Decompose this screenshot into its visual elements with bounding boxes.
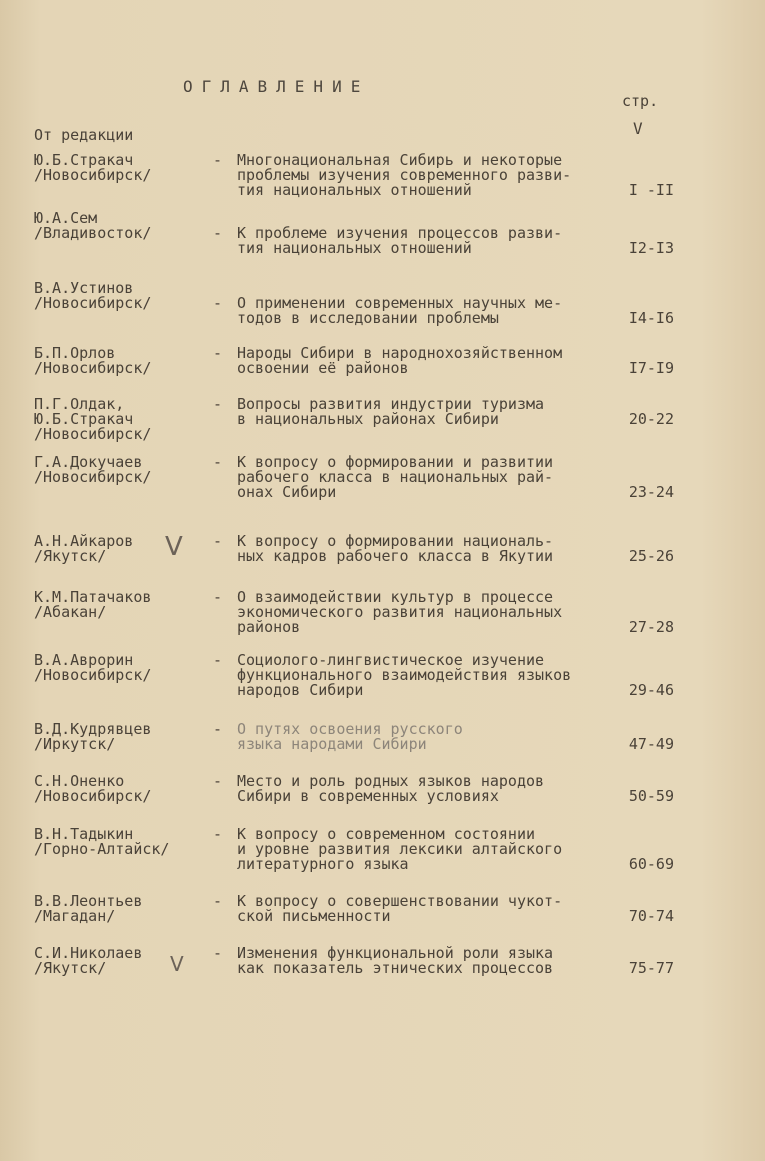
- entry-dash: -: [213, 774, 222, 789]
- entry-dash: -: [213, 296, 222, 311]
- entry-pages: I7-I9: [629, 361, 674, 376]
- handwritten-check-mark: V: [165, 532, 183, 562]
- editor-page-mark: V: [633, 119, 643, 138]
- entry-dash: -: [213, 653, 222, 668]
- editor-note-entry: От редакции: [34, 126, 133, 144]
- entry-pages: 50-59: [629, 789, 674, 804]
- entry-topic: Изменения функциональной роли языка как …: [237, 946, 657, 976]
- entry-author: Г.А.Докучаев /Новосибирск/: [34, 455, 204, 485]
- scanned-page: ОГЛАВЛЕНИЕ стр. V От редакции Ю.Б.Страка…: [0, 0, 765, 1161]
- entry-dash: -: [213, 534, 222, 549]
- entry-dash: -: [213, 894, 222, 909]
- entry-dash: -: [213, 946, 222, 961]
- entry-author: В.Д.Кудрявцев /Иркутск/: [34, 722, 204, 752]
- entry-topic: Вопросы развития индустрии туризма в нац…: [237, 397, 657, 427]
- entry-author: Ю.А.Сем /Владивосток/: [34, 211, 204, 241]
- entry-author: В.Н.Тадыкин /Горно-Алтайск/: [34, 827, 204, 857]
- entry-dash: -: [213, 827, 222, 842]
- handwritten-check-mark: V: [170, 952, 184, 976]
- entry-pages: 29-46: [629, 683, 674, 698]
- entry-topic: О применении современных научных ме- тод…: [237, 296, 657, 326]
- entry-author: В.В.Леонтьев /Магадан/: [34, 894, 204, 924]
- entry-topic: Место и роль родных языков народов Сибир…: [237, 774, 657, 804]
- entry-topic: К вопросу о формировании и развитии рабо…: [237, 455, 657, 500]
- entry-topic: К вопросу о современном состоянии и уров…: [237, 827, 657, 872]
- entry-pages: I4-I6: [629, 311, 674, 326]
- entry-dash: -: [213, 397, 222, 412]
- entry-dash: -: [213, 722, 222, 737]
- entry-pages: 27-28: [629, 620, 674, 635]
- entry-pages: 75-77: [629, 961, 674, 976]
- entry-pages: I2-I3: [629, 241, 674, 256]
- entry-author: П.Г.Олдак, Ю.Б.Стракач /Новосибирск/: [34, 397, 204, 442]
- entry-pages: 20-22: [629, 412, 674, 427]
- entry-author: Ю.Б.Стракач /Новосибирск/: [34, 153, 204, 183]
- entry-pages: 60-69: [629, 857, 674, 872]
- entry-topic: Многонациональная Сибирь и некоторые про…: [237, 153, 657, 198]
- entry-dash: -: [213, 346, 222, 361]
- entry-author: С.Н.Оненко /Новосибирск/: [34, 774, 204, 804]
- entry-topic: К проблеме изучения процессов разви- тия…: [237, 226, 657, 256]
- entry-pages: 70-74: [629, 909, 674, 924]
- pages-column-header: стр.: [622, 92, 658, 110]
- entry-dash: -: [213, 455, 222, 470]
- entry-pages: 23-24: [629, 485, 674, 500]
- entry-pages: 47-49: [629, 737, 674, 752]
- entry-dash: -: [213, 590, 222, 605]
- entry-topic: Народы Сибири в народнохозяйственном осв…: [237, 346, 657, 376]
- page-title: ОГЛАВЛЕНИЕ: [183, 77, 369, 96]
- entry-dash: -: [213, 226, 222, 241]
- entry-pages: 25-26: [629, 549, 674, 564]
- entry-topic: О взаимодействии культур в процессе экон…: [237, 590, 657, 635]
- entry-pages: I -II: [629, 183, 674, 198]
- entry-topic: О путях освоения русского языка народами…: [237, 722, 657, 752]
- entry-author: Б.П.Орлов /Новосибирск/: [34, 346, 204, 376]
- entry-topic: К вопросу о совершенствовании чукот- ско…: [237, 894, 657, 924]
- entry-author: В.А.Аврорин /Новосибирск/: [34, 653, 204, 683]
- entry-author: В.А.Устинов /Новосибирск/: [34, 281, 204, 311]
- entry-dash: -: [213, 153, 222, 168]
- entry-author: К.М.Патачаков /Абакан/: [34, 590, 204, 620]
- entry-topic: К вопросу о формировании националь- ных …: [237, 534, 657, 564]
- entry-topic: Социолого-лингвистическое изучение функц…: [237, 653, 657, 698]
